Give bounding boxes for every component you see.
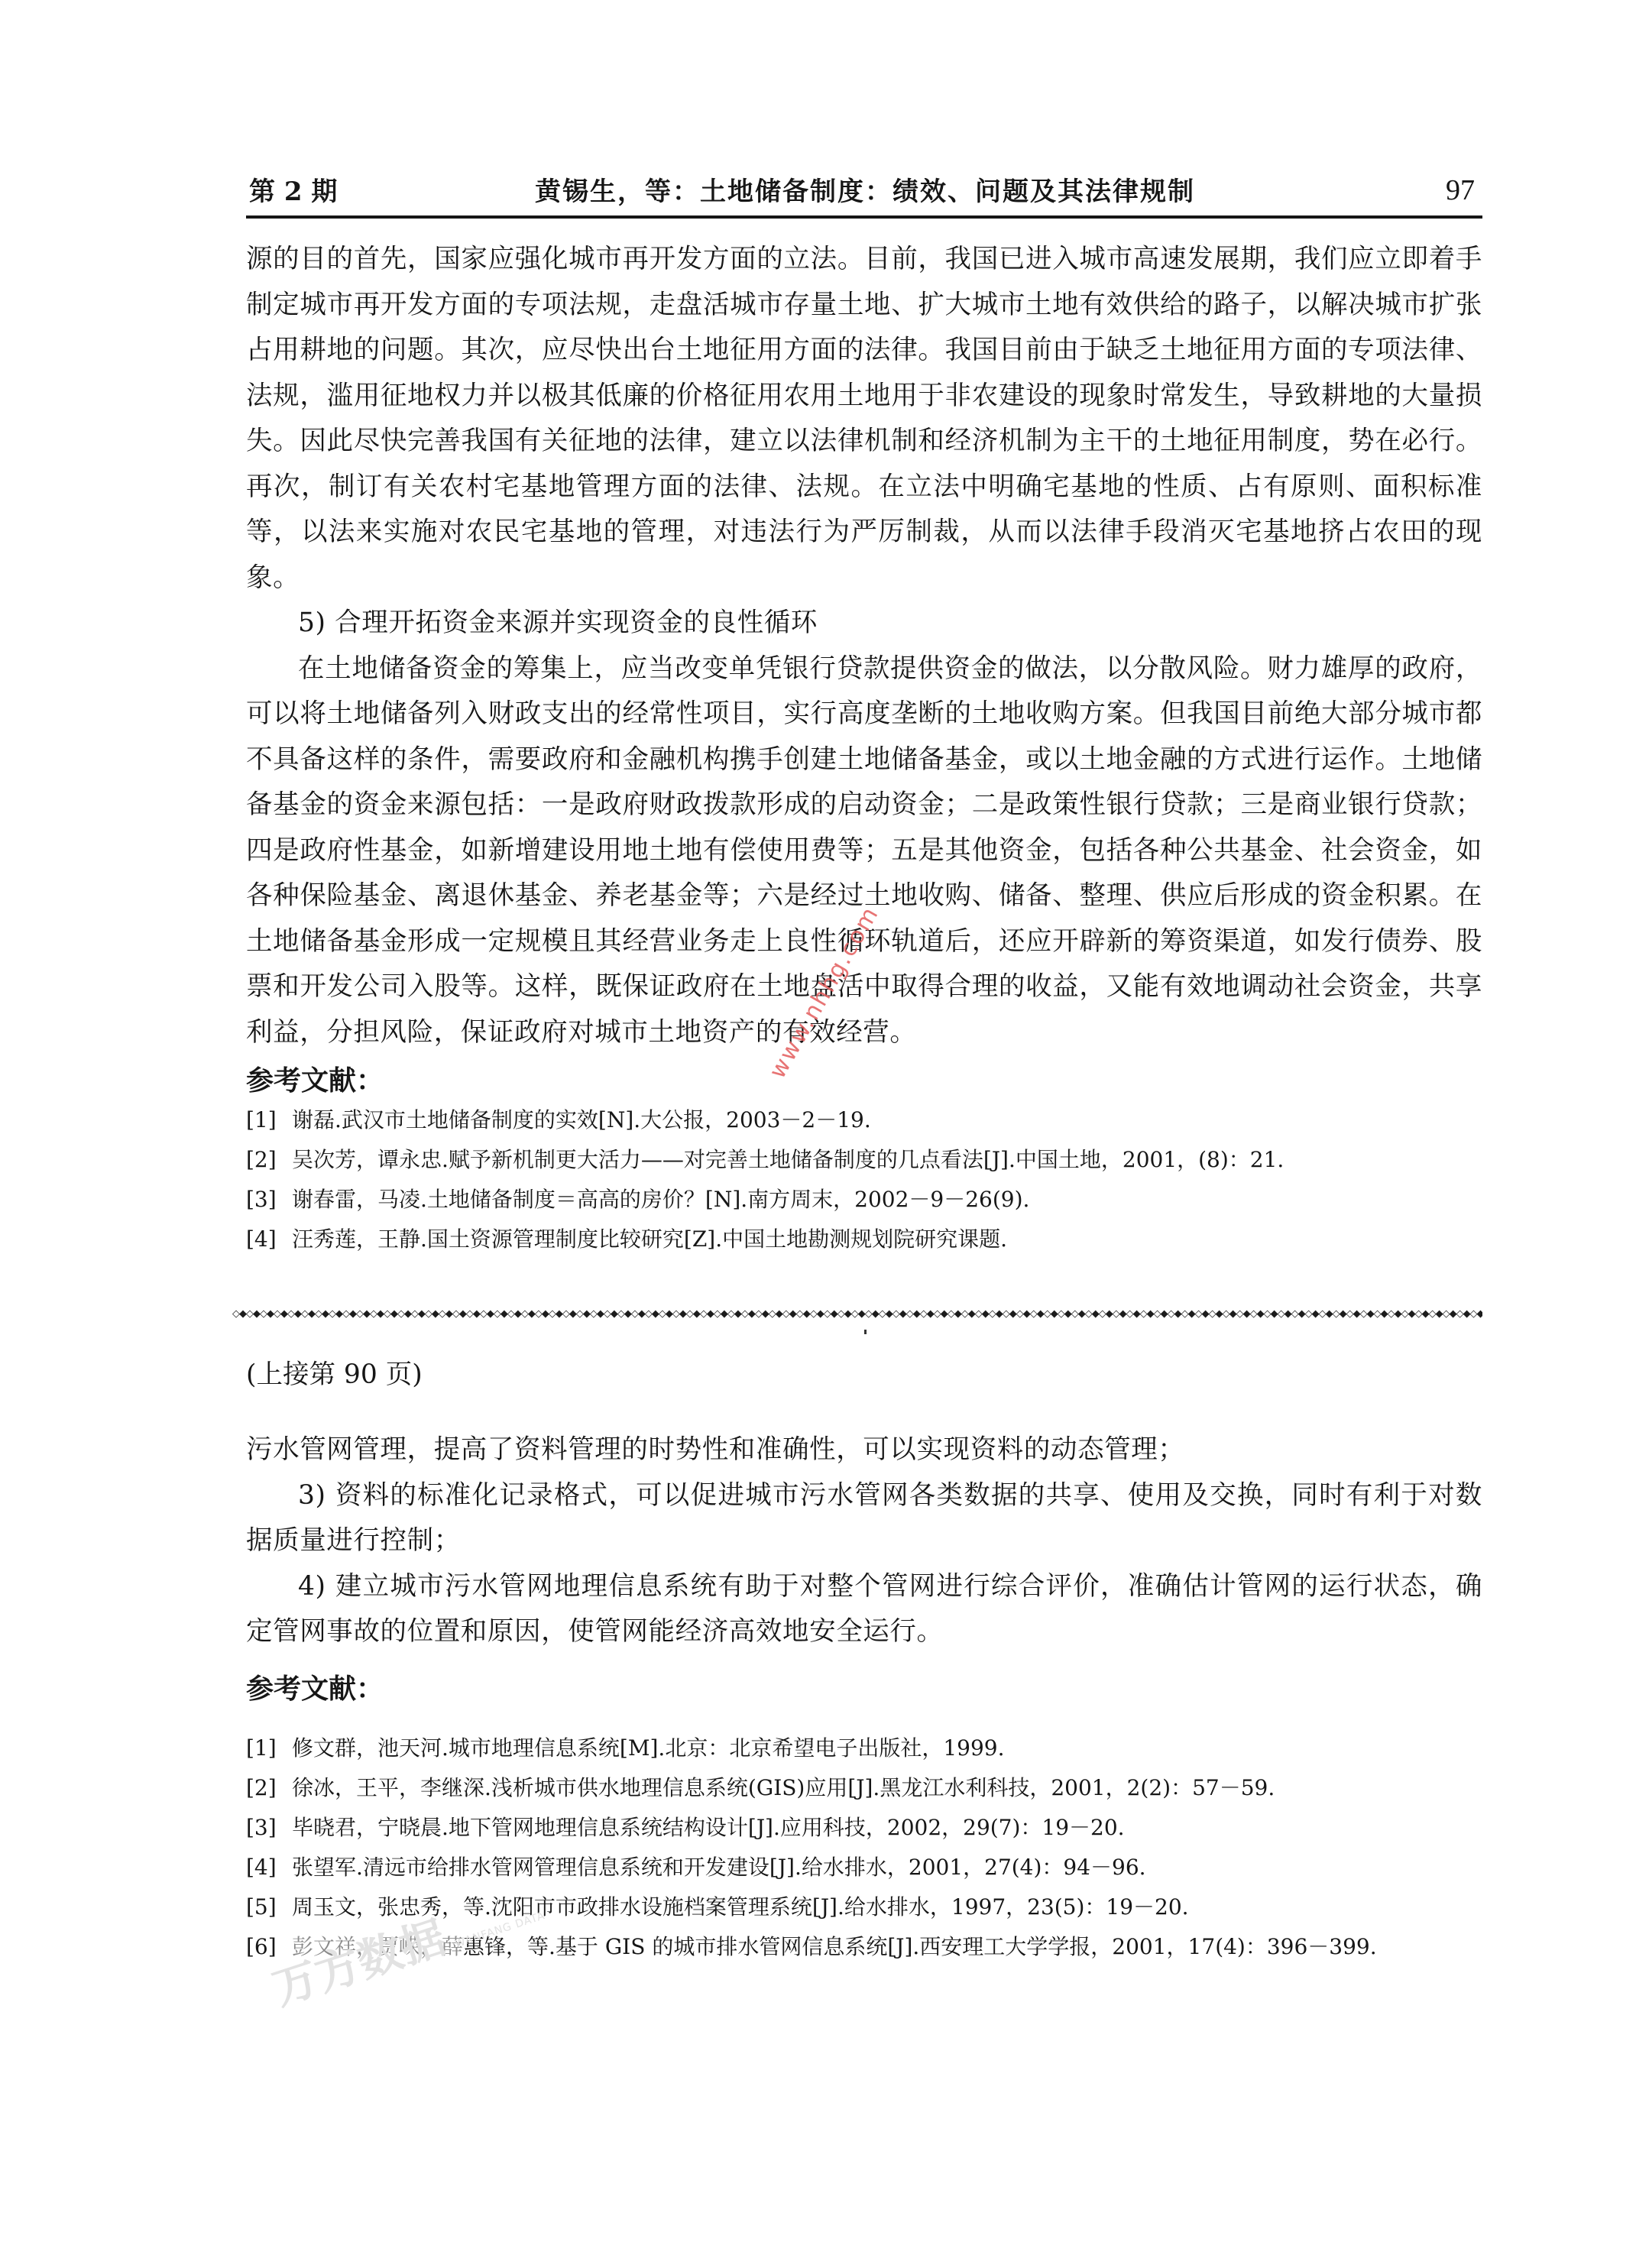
references-title: 参考文献： [246, 1059, 384, 1098]
reference-item: [3]毕晓君，宁晓晨.地下管网地理信息系统结构设计[J].应用科技，2002，2… [246, 1808, 1482, 1848]
paragraph: 污水管网管理，提高了资料管理的时势性和准确性，可以实现资料的动态管理； [246, 1427, 1482, 1473]
running-header: 第 2 期 黄锡生，等：土地储备制度：绩效、问题及其法律规制 97 [246, 170, 1482, 219]
paragraph: 在土地储备资金的筹集上，应当改变单凭银行贷款提供资金的做法，以分散风险。财力雄厚… [246, 646, 1482, 1056]
ornamental-divider: ◇◆◇◆◇◆◇◆◇◆◇◆◇◆◇◆◇◆◇◆◇◆◇◆◇◆◇◆◇◆◇◆◇◆◇◆◇◆◇◆… [232, 1308, 1482, 1320]
reference-item: [1]谢磊.武汉市土地储备制度的实效[N].大公报，2003－2－19. [246, 1100, 1482, 1140]
reference-item: [2]吴次芳，谭永忠.赋予新机制更大活力——对完善土地储备制度的几点看法[J].… [246, 1140, 1482, 1180]
item-heading: 5) 合理开拓资金来源并实现资金的良性循环 [246, 601, 1482, 646]
reference-item: [1]修文群，池天河.城市地理信息系统[M].北京：北京希望电子出版社，1999… [246, 1729, 1482, 1768]
list-item: 3) 资料的标准化记录格式，可以促进城市污水管网各类数据的共享、使用及交换，同时… [246, 1473, 1482, 1564]
reference-list: [1]修文群，池天河.城市地理信息系统[M].北京：北京希望电子出版社，1999… [246, 1729, 1482, 1967]
page-number: 97 [1446, 171, 1475, 209]
journal-page: 第 2 期 黄锡生，等：土地储备制度：绩效、问题及其法律规制 97 源的目的首先… [0, 0, 1636, 2268]
references-title: 参考文献： [246, 1667, 384, 1706]
list-item: 4) 建立城市污水管网地理信息系统有助于对整个管网进行综合评价，准确估计管网的运… [246, 1564, 1482, 1655]
issue-label: 第 2 期 [249, 173, 337, 211]
running-title: 黄锡生，等：土地储备制度：绩效、问题及其法律规制 [535, 173, 1195, 211]
body-section-b: 污水管网管理，提高了资料管理的时势性和准确性，可以实现资料的动态管理； 3) 资… [246, 1427, 1482, 1655]
reference-item: [2]徐冰，王平，李继深.浅析城市供水地理信息系统(GIS)应用[J].黑龙江水… [246, 1768, 1482, 1808]
reference-item: [3]谢春雷，马凌.土地储备制度＝高高的房价？[N].南方周末，2002－9－2… [246, 1180, 1482, 1220]
reference-item: [4]汪秀莲，王静.国土资源管理制度比较研究[Z].中国土地勘测规划院研究课题. [246, 1220, 1482, 1259]
reference-item: [6]彭文祥，贾嵘，薛惠锋，等.基于 GIS 的城市排水管网信息系统[J].西安… [246, 1927, 1482, 1967]
continued-note: (上接第 90 页) [246, 1353, 423, 1391]
scan-speck [864, 1330, 867, 1334]
body-section-a: 源的目的首先，国家应强化城市再开发方面的立法。目前，我国已进入城市高速发展期，我… [246, 237, 1482, 1055]
reference-item: [4]张望军.清远市给排水管网管理信息系统和开发建设[J].给水排水，2001，… [246, 1848, 1482, 1887]
paragraph: 源的目的首先，国家应强化城市再开发方面的立法。目前，我国已进入城市高速发展期，我… [246, 237, 1482, 601]
reference-item: [5]周玉文，张忠秀，等.沈阳市市政排水设施档案管理系统[J].给水排水，199… [246, 1887, 1482, 1927]
reference-list: [1]谢磊.武汉市土地储备制度的实效[N].大公报，2003－2－19. [2]… [246, 1100, 1482, 1259]
